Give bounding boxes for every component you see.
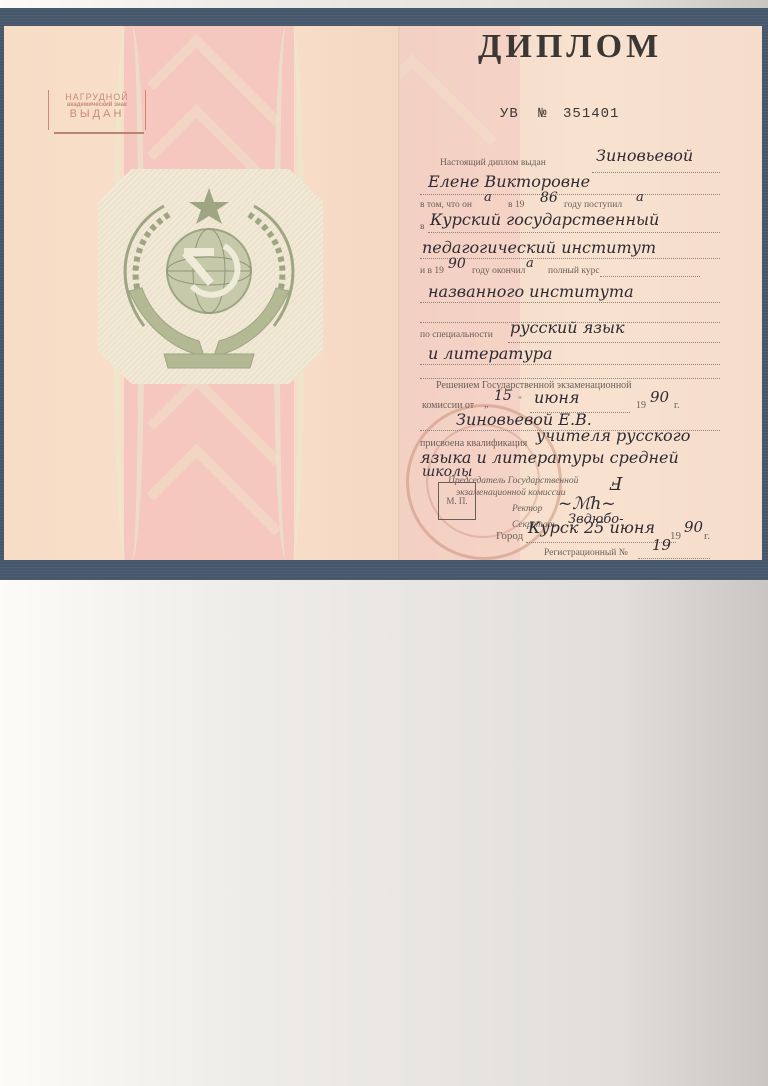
institution-line2: педагогический институт	[422, 238, 656, 257]
recipient-name: Елене Викторовне	[428, 172, 590, 191]
specialty-line1: русский язык	[510, 318, 625, 337]
ussr-emblem-icon	[104, 176, 314, 381]
specialty-line2: и литература	[428, 344, 553, 363]
seal-place-box: М. П.	[438, 482, 476, 520]
recipient-surname: Зиновьевой	[596, 146, 693, 165]
decision-year: 90	[650, 388, 669, 406]
institution-reference: названного института	[428, 282, 634, 301]
institution-line1: Курский государственный	[430, 210, 659, 229]
city: Курск	[528, 518, 578, 537]
issue-date: 25 июня	[584, 518, 655, 537]
graduated-year: 90	[448, 256, 466, 272]
qualification-line1: учителя русского	[536, 426, 690, 445]
issue-year: 90	[684, 518, 703, 536]
issued-to-label: Настоящий диплом выдан	[440, 158, 546, 168]
registration-number: 19	[652, 536, 671, 554]
rector-signature: ~ℳℎ~	[558, 494, 616, 514]
left-page: НАГРУДНОЙ академический знак ВЫДАН	[4, 26, 400, 560]
chairman-signature: Ⅎ	[610, 474, 623, 495]
serial-number: УВ № 351401	[500, 106, 619, 122]
decision-month: июня	[534, 388, 580, 407]
decision-day: 15	[494, 388, 512, 404]
enrolled-year: 86	[540, 190, 558, 206]
right-page: ДИПЛОМ УВ № 351401 Настоящий диплом выда…	[400, 26, 762, 560]
diploma-title: ДИПЛОМ	[478, 28, 662, 66]
academic-badge-stamp: НАГРУДНОЙ академический знак ВЫДАН	[48, 90, 146, 130]
